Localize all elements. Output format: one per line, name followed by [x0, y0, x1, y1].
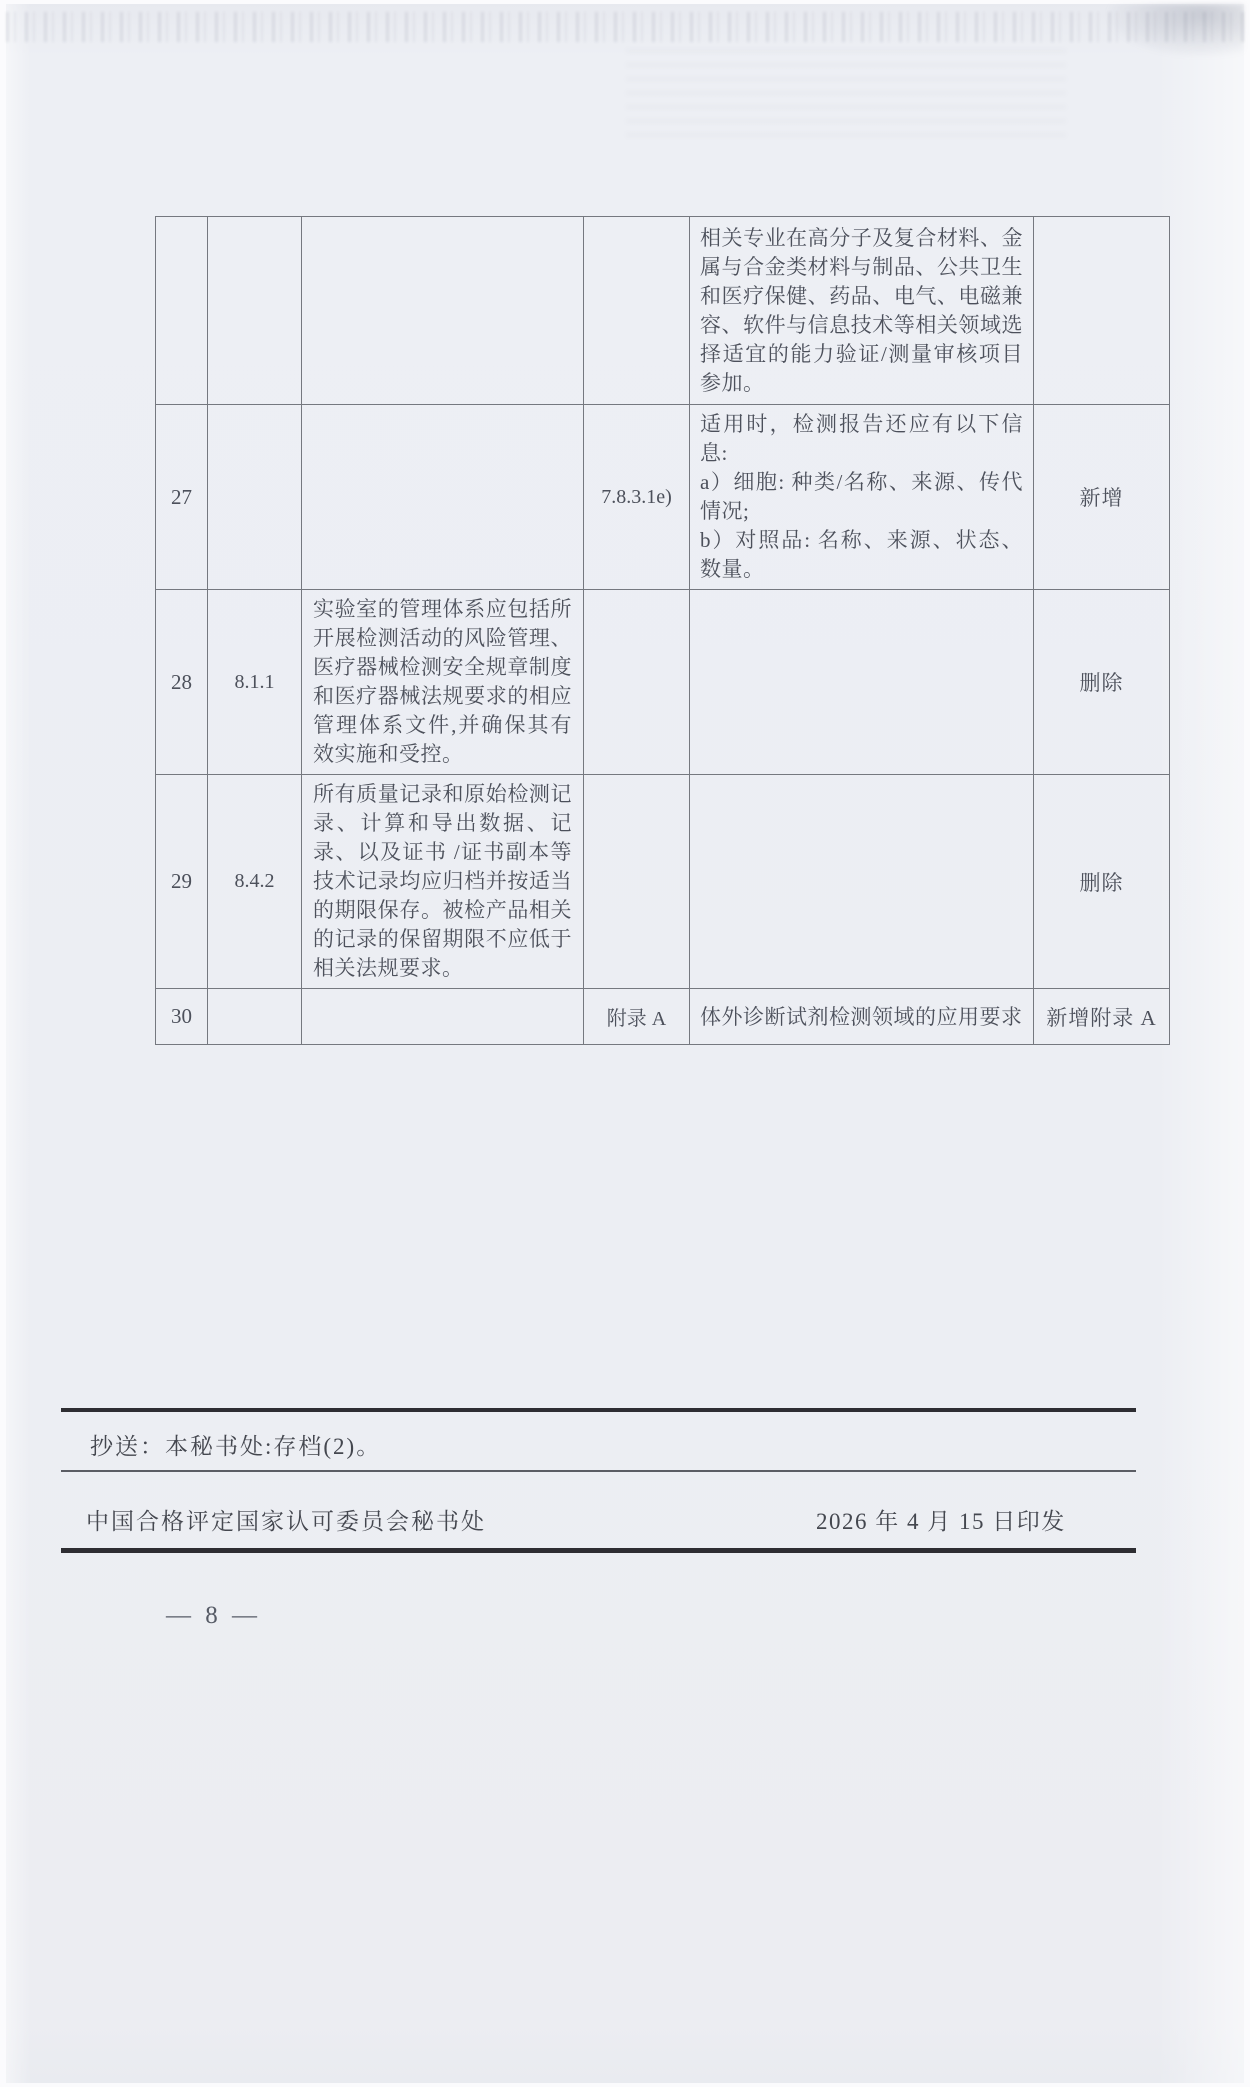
cell-new-text [690, 775, 1034, 989]
cell-old-clause: 8.4.2 [208, 775, 302, 989]
table-row-continuation: 相关专业在高分子及复合材料、金属与合金类材料与制品、公共卫生和医疗保健、药品、电… [156, 217, 1170, 405]
cell-new-clause [584, 590, 690, 775]
cell-change-type: 删除 [1034, 590, 1170, 775]
copy-distribution-line: 抄送：本秘书处:存档(2)。 [90, 1428, 381, 1461]
cell-new-clause [584, 775, 690, 989]
cell-row-number: 30 [156, 989, 208, 1045]
page-number: — 8 — [166, 1602, 261, 1630]
scan-artifact-top-band [6, 12, 1244, 42]
paragraph: 实验室的管理体系应包括所开展检测活动的风险管理、医疗器械检测安全规章制度和医疗器… [313, 595, 572, 769]
scanned-page: 相关专业在高分子及复合材料、金属与合金类材料与制品、公共卫生和医疗保健、药品、电… [6, 4, 1244, 2083]
cell-old-text [302, 217, 584, 405]
cell-old-clause [208, 989, 302, 1045]
cell-row-number: 29 [156, 775, 208, 989]
cell-new-text: 适用时，检测报告还应有以下信息: a）细胞: 种类/名称、来源、传代情况; b）… [690, 405, 1034, 590]
cell-row-number: 27 [156, 405, 208, 590]
scan-artifact-corner [1104, 4, 1244, 59]
cell-old-text: 实验室的管理体系应包括所开展检测活动的风险管理、医疗器械检测安全规章制度和医疗器… [302, 590, 584, 775]
table-row-27: 27 7.8.3.1e) 适用时，检测报告还应有以下信息: a）细胞: 种类/名… [156, 405, 1170, 590]
print-date: 2026 年 4 月 15 日印发 [816, 1503, 1066, 1536]
paragraph: 所有质量记录和原始检测记录、计算和导出数据、记录、以及证书 /证书副本等技术记录… [313, 780, 572, 983]
cell-new-text: 体外诊断试剂检测领域的应用要求 [690, 989, 1034, 1045]
paragraph: b）对照品: 名称、来源、状态、数量。 [700, 526, 1023, 584]
paragraph: a）细胞: 种类/名称、来源、传代情况; [700, 468, 1023, 526]
scan-artifact-ghosting [626, 49, 1066, 139]
cell-new-clause: 附录 A [584, 989, 690, 1045]
cell-old-clause: 8.1.1 [208, 590, 302, 775]
cell-change-type: 删除 [1034, 775, 1170, 989]
cell-row-number [156, 217, 208, 405]
cell-new-text [690, 590, 1034, 775]
cell-row-number: 28 [156, 590, 208, 775]
divider-thick-top [61, 1408, 1136, 1412]
table-row-28: 28 8.1.1 实验室的管理体系应包括所开展检测活动的风险管理、医疗器械检测安… [156, 590, 1170, 775]
cell-new-clause: 7.8.3.1e) [584, 405, 690, 590]
cell-change-type: 新增 [1034, 405, 1170, 590]
cell-old-clause [208, 217, 302, 405]
cell-old-text [302, 405, 584, 590]
issuing-office: 中国合格评定国家认可委员会秘书处 [86, 1503, 486, 1536]
divider-thin [61, 1470, 1136, 1472]
cell-new-text: 相关专业在高分子及复合材料、金属与合金类材料与制品、公共卫生和医疗保健、药品、电… [690, 217, 1034, 405]
table-row-29: 29 8.4.2 所有质量记录和原始检测记录、计算和导出数据、记录、以及证书 /… [156, 775, 1170, 989]
paragraph: 适用时，检测报告还应有以下信息: [700, 410, 1023, 468]
paragraph: 相关专业在高分子及复合材料、金属与合金类材料与制品、公共卫生和医疗保健、药品、电… [700, 224, 1023, 398]
revision-comparison-table: 相关专业在高分子及复合材料、金属与合金类材料与制品、公共卫生和医疗保健、药品、电… [155, 216, 1170, 1045]
paragraph: 体外诊断试剂检测领域的应用要求 [700, 1004, 1023, 1030]
divider-thick-bottom [61, 1548, 1136, 1553]
cell-new-clause [584, 217, 690, 405]
table-row-30: 30 附录 A 体外诊断试剂检测领域的应用要求 新增附录 A [156, 989, 1170, 1045]
cell-old-text: 所有质量记录和原始检测记录、计算和导出数据、记录、以及证书 /证书副本等技术记录… [302, 775, 584, 989]
cell-change-type [1034, 217, 1170, 405]
cell-change-type: 新增附录 A [1034, 989, 1170, 1045]
table-body: 相关专业在高分子及复合材料、金属与合金类材料与制品、公共卫生和医疗保健、药品、电… [156, 217, 1170, 1045]
cell-old-text [302, 989, 584, 1045]
cell-old-clause [208, 405, 302, 590]
